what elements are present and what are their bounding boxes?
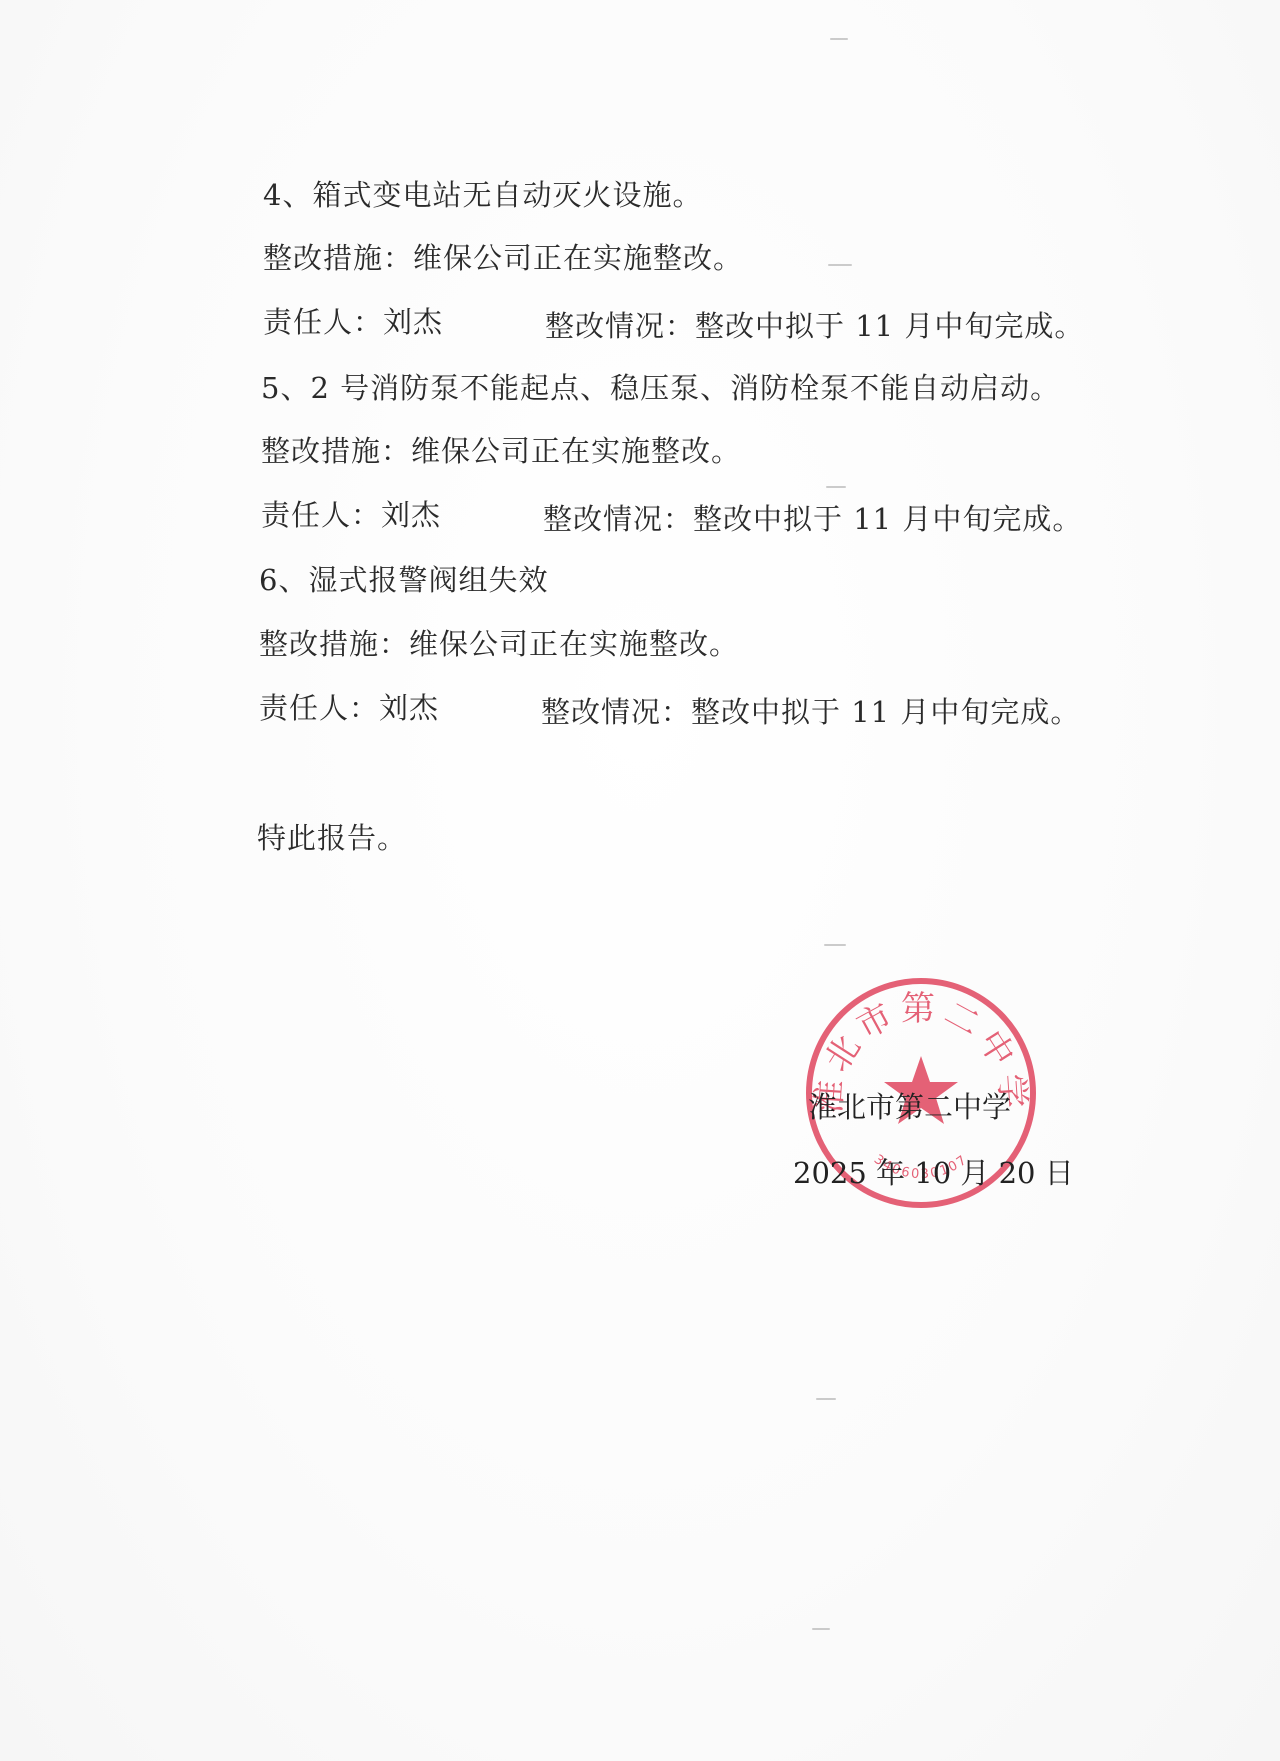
scan-speck — [812, 1628, 830, 1630]
scan-speck — [816, 1398, 836, 1400]
closing-text: 特此报告。 — [257, 820, 407, 856]
scan-speck — [826, 486, 846, 488]
scan-speck — [830, 38, 848, 40]
responsible-6: 责任人：刘杰 — [259, 691, 439, 725]
status-5: 整改情况：整改中拟于 11 月中旬完成。 — [543, 501, 1082, 537]
responsible-row-5: 责任人：刘杰 整改情况：整改中拟于 11 月中旬完成。 — [261, 497, 1161, 533]
scan-speck — [824, 944, 846, 946]
status-4: 整改情况：整改中拟于 11 月中旬完成。 — [545, 308, 1084, 344]
status-6: 整改情况：整改中拟于 11 月中旬完成。 — [541, 694, 1080, 730]
responsible-row-6: 责任人：刘杰 整改情况：整改中拟于 11 月中旬完成。 — [259, 690, 1159, 726]
responsible-5: 责任人：刘杰 — [261, 498, 441, 532]
responsible-row-4: 责任人：刘杰 整改情况：整改中拟于 11 月中旬完成。 — [263, 304, 1163, 340]
signature-date: 2025 年 10 月 20 日 — [793, 1155, 1074, 1191]
issue-4: 4、箱式变电站无自动灭火设施。 — [263, 177, 702, 213]
issue-5: 5、2 号消防泵不能起点、稳压泵、消防栓泵不能自动启动。 — [261, 370, 1060, 406]
document-page: 4、箱式变电站无自动灭火设施。 整改措施：维保公司正在实施整改。 责任人：刘杰 … — [0, 0, 1280, 1761]
measure-4: 整改措施：维保公司正在实施整改。 — [263, 240, 743, 276]
issue-6: 6、湿式报警阀组失效 — [259, 562, 548, 598]
signature-organization: 淮北市第二中学 — [808, 1089, 1011, 1125]
measure-6: 整改措施：维保公司正在实施整改。 — [259, 626, 739, 662]
responsible-4: 责任人：刘杰 — [263, 305, 443, 339]
measure-5: 整改措施：维保公司正在实施整改。 — [261, 433, 741, 469]
scan-speck — [828, 264, 852, 266]
